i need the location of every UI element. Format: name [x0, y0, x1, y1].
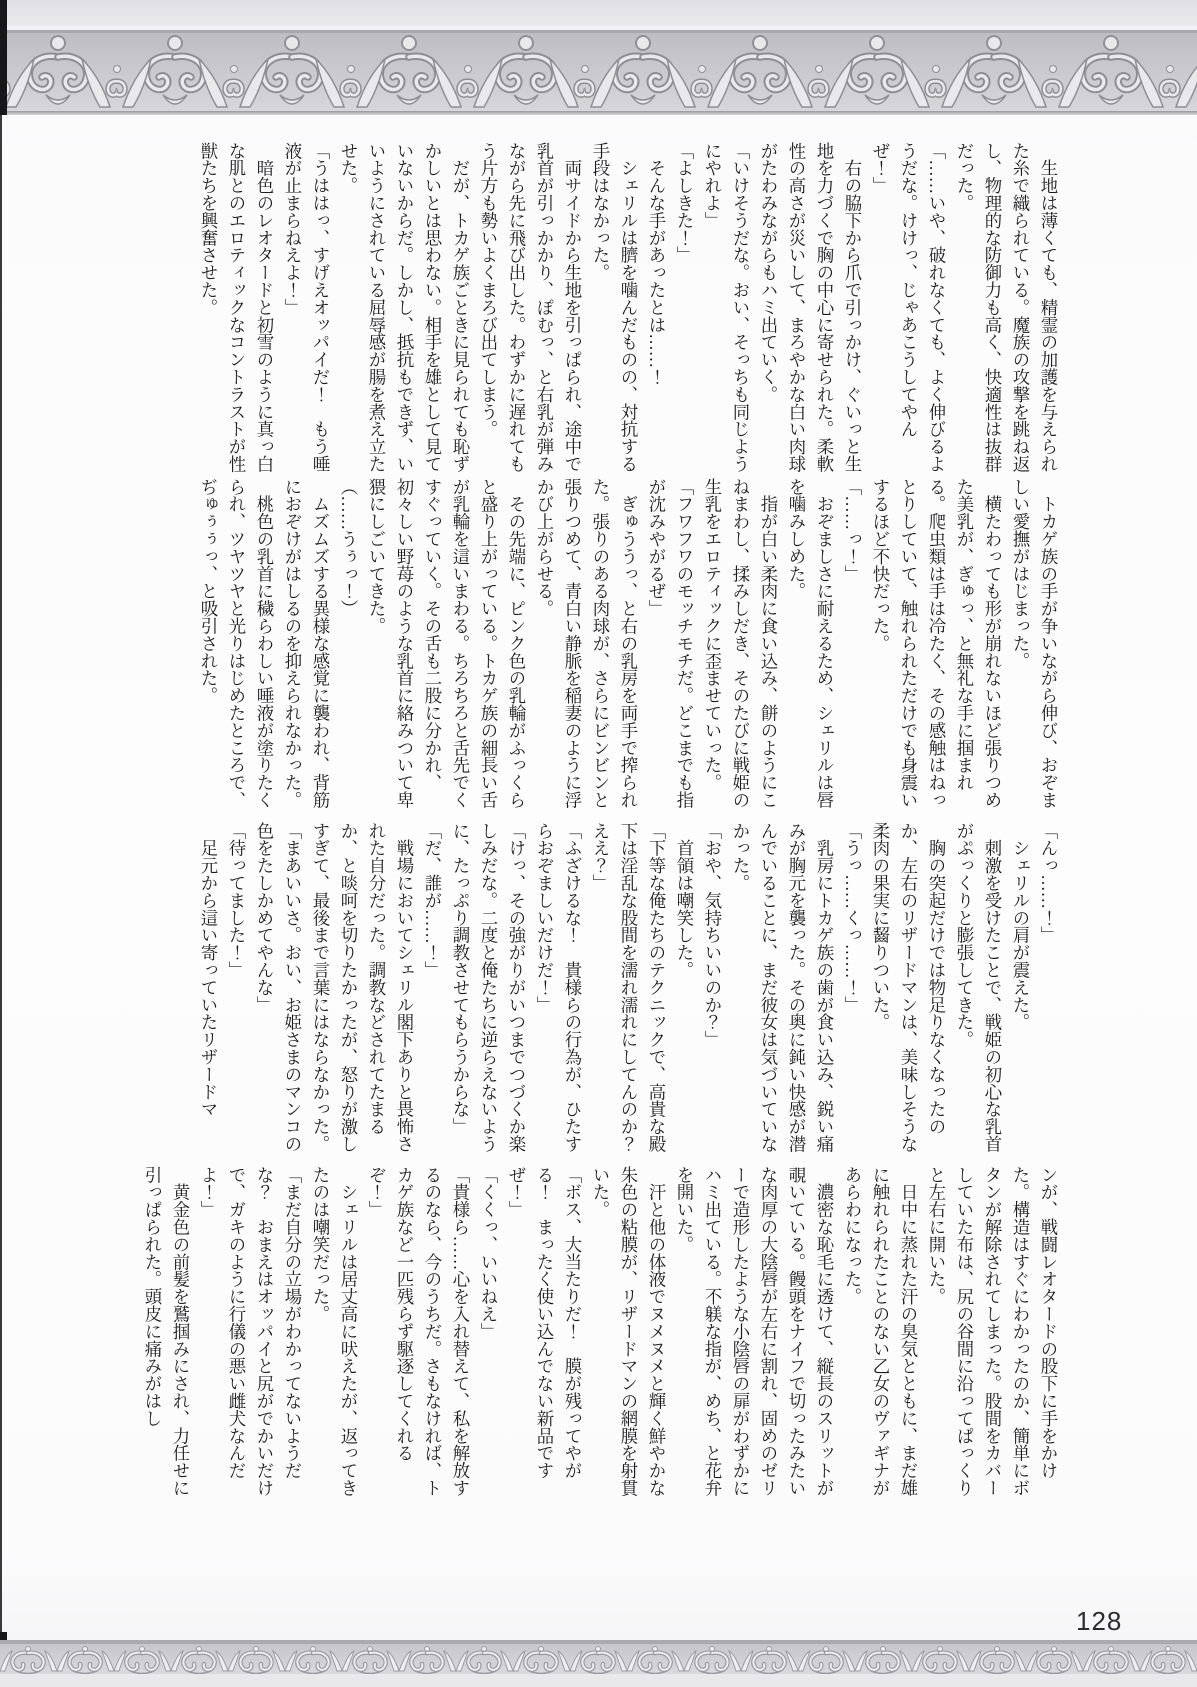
text-band-4: ンが、戦闘レオタードの股下に手をかけた。構造はすぐにわかったのか、簡単にボタンが…	[136, 1166, 1062, 1498]
text-band-2: トカゲ族の手が争いながら伸び、おぞましい愛撫がはじまった。 横たわっても形が崩れ…	[136, 478, 1062, 810]
page-left-edge-line	[0, 0, 2, 1687]
border-top-margin	[0, 0, 1197, 26]
page-number: 128	[1076, 1606, 1122, 1637]
border-top-bottom-rule	[0, 111, 1197, 115]
text-band-3: 「んっ……！」 シェリルの肩が震えた。 刺激を受けたことで、戦姫の初心な乳首がぷ…	[136, 822, 1062, 1154]
page-edge-shadow-top-left	[0, 0, 7, 115]
damask-pattern-top-icon	[0, 33, 1197, 111]
border-bottom-margin	[0, 1674, 1197, 1687]
text-band-1: 生地は薄くても、精霊の加護を与えられた糸で織られている。魔族の攻撃を跳ね返し、物…	[136, 142, 1062, 474]
damask-pattern-bottom-icon	[0, 1644, 1197, 1674]
ornamental-border-bottom	[0, 1640, 1197, 1687]
novel-page: 生地は薄くても、精霊の加護を与えられた糸で織られている。魔族の攻撃を跳ね返し、物…	[0, 0, 1197, 1687]
ornamental-border-top	[0, 0, 1197, 115]
